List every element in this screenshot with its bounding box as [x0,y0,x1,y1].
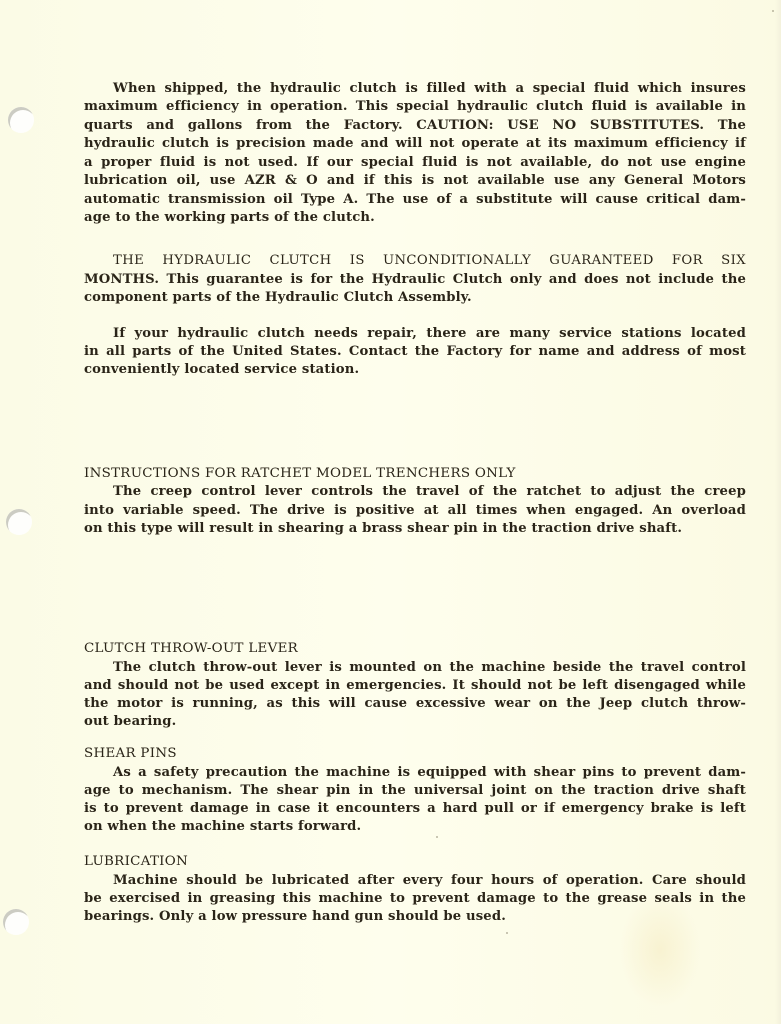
text-line: on this type will result in shearing a b… [84,520,746,538]
text-line: automatic transmission oil Type A. The u… [84,191,746,209]
text-line: is to prevent damage in case it encounte… [84,800,746,818]
text-line: If your hydraulic clutch needs repair, t… [113,325,746,343]
scan-speck [436,836,438,838]
text-line: a proper fluid is not used. If our speci… [84,154,746,172]
text-line: bearings. Only a low pressure hand gun s… [84,908,746,926]
text-line: in all parts of the United States. Conta… [84,343,746,361]
section-heading: INSTRUCTIONS FOR RATCHET MODEL TRENCHERS… [84,465,516,483]
text-line: maximum efficiency in operation. This sp… [84,98,746,116]
text-line: As a safety precaution the machine is eq… [113,764,746,782]
text-line: age to mechanism. The shear pin in the u… [84,782,746,800]
punch-hole-icon [8,107,34,133]
text-line: quarts and gallons from the Factory. CAU… [84,117,746,135]
section-heading: SHEAR PINS [84,745,177,763]
text-line: on when the machine starts forward. [84,818,746,836]
section-heading: LUBRICATION [84,853,188,871]
punch-hole-icon [6,509,32,535]
text-line: age to the working parts of the clutch. [84,209,746,227]
text-line: The creep control lever controls the tra… [113,483,746,501]
text-line: THE HYDRAULIC CLUTCH IS UNCONDITIONALLY … [113,252,746,270]
text-line: When shipped, the hydraulic clutch is fi… [113,80,746,98]
text-line: MONTHS. This guarantee is for the Hydrau… [84,271,746,289]
punch-hole-icon [3,909,29,935]
text-line: and should not be used except in emergen… [84,677,746,695]
page-edge-shadow [775,0,781,1024]
text-line: the motor is running, as this will cause… [84,695,746,713]
scan-speck [506,932,508,934]
text-line: Machine should be lubricated after every… [113,872,746,890]
scan-speck [772,10,774,12]
text-line: hydraulic clutch is precision made and w… [84,135,746,153]
text-line: lubrication oil, use AZR & O and if this… [84,172,746,190]
text-line: be exercised in greasing this machine to… [84,890,746,908]
text-line: conveniently located service station. [84,361,746,379]
text-line: The clutch throw-out lever is mounted on… [113,659,746,677]
section-heading: CLUTCH THROW-OUT LEVER [84,640,298,658]
scanned-page: When shipped, the hydraulic clutch is fi… [0,0,781,1024]
text-line: into variable speed. The drive is positi… [84,502,746,520]
text-line: out bearing. [84,713,746,731]
text-line: component parts of the Hydraulic Clutch … [84,289,746,307]
